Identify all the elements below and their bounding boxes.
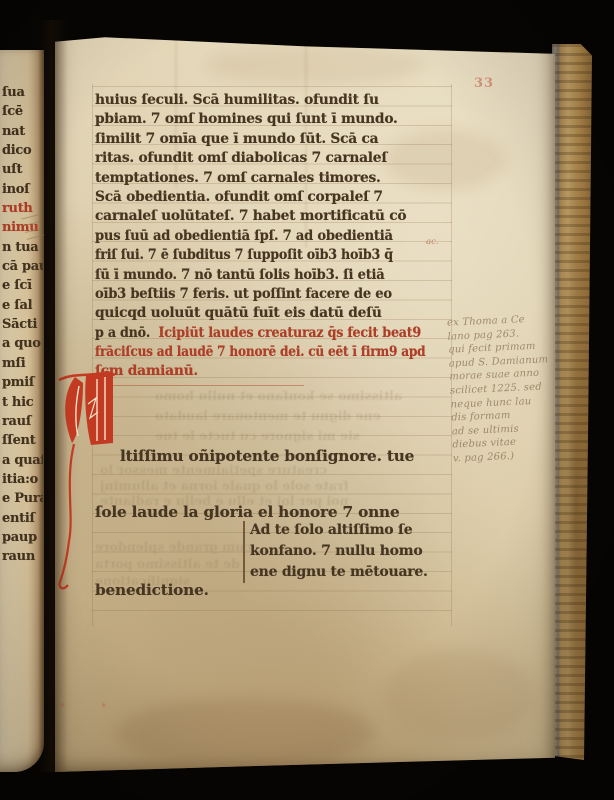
rubric-line: Icipiūt laudes creaturaz q̄s fecit beat9 [158,325,421,341]
facing-page-edge: ſua ſcē nat dico uſt inoſ ruth nimu n tu… [0,50,44,772]
bleedthrough-line: ene dignu te mentouare laudato [155,410,381,423]
margin-mark: ac. [426,237,439,247]
page-fragment-line: ſſent [2,431,43,450]
canticle-inset-line: ene dignu te mētouare. [250,562,428,583]
page-fragment-line: a quo [2,334,43,353]
page-fragment-line: pmiſ [2,373,43,392]
facing-page-text-column: ſua ſcē nat dico uſt inoſ ruth nimu n tu… [2,83,43,567]
page-fragment-line: Sācti [2,315,43,334]
bleedthrough-line: creature spetialmente messor lo [100,464,327,477]
text-line: pus ſuū ad obedientiā ſpſ. 7 ad obedient… [95,227,457,246]
rubric-line: frāciſcus ad laudē 7 honorē dei. cū eēt … [95,343,457,362]
page-fragment-line: e ſal [2,296,43,315]
page-fragment-line: ſcē [2,102,43,121]
parchment-stain [205,45,425,85]
text-line: ritas. ofundit omſ diabolicas 7 carnaleſ [95,149,457,168]
fore-edge [552,44,592,760]
bleedthrough-line: significatione [95,575,190,588]
canticle-inset-block: Ad te ſolo altiſſimo ſe konfano. 7 nullu… [250,520,428,583]
parchment-stain [385,650,535,740]
page-fragment-line: e Pura [2,489,43,508]
page-fragment-line: paup [2,528,43,547]
red-speck [101,702,106,708]
page-fragment-line: entiſ [2,509,43,528]
page-fragment-line: a quaſ [2,451,43,470]
text-line: ſū ī mundo. 7 nō tantū ſolis hoīb3. ſi e… [95,266,457,285]
bleedthrough-line: noi per loi et ellu e bellu e radiante [100,495,349,508]
canticle-inset-line: Ad te ſolo altiſſimo ſe [250,520,428,541]
folio-number: 33 [474,76,494,91]
text-line: pbiam. 7 omſ homines qui ſunt ī mundo. [95,110,457,129]
page-fragment-line: cā pau [2,257,43,276]
text-line: Scā obedientia. ofundit omſ corpaleſ 7 [95,188,457,207]
bleedthrough-line: cum grande splendore [95,541,252,554]
rubric-line: ſcm damianū. [95,362,457,381]
bleedthrough-line: altissimo se konfano et nullu homo [155,390,402,403]
page-fragment-line: inoſ [2,180,43,199]
text-line: carnaleſ uolūtateſ. 7 habet mortificatū … [95,207,457,226]
incipit-prefix: p a dnō. [95,325,150,341]
cursive-margin-note: ex Thoma a Ce lano pag 263. qui fecit pr… [447,311,571,466]
main-page: 33 huius ſeculi. Scā humilitas. ofundit … [55,20,555,772]
page-fragment-line: itia:o [2,470,43,489]
text-line: oīb3 beſtiis 7 feris. ut poſſint facere … [95,285,457,304]
rubric-underline [92,385,304,386]
bleedthrough-line: sie mi signore cu tucte le tue [155,430,360,443]
text-line: quicqd uoluūt quātū fuīt eis datū deſū [95,304,457,323]
page-fragment-line: t hic [2,393,43,412]
text-line: ſimilit 7 omīa que ī mundo ſūt. Scā ca [95,130,457,149]
page-fragment-line: rauſ [2,412,43,431]
page-fragment-line: e ſcī [2,276,43,295]
page-fragment-line: nat [2,122,43,141]
red-speck [60,702,65,708]
manuscript-photo: ſua ſcē nat dico uſt inoſ ruth nimu n tu… [0,0,614,800]
incipit-line: p a dnō. Icipiūt laudes creaturaz q̄s fe… [95,324,457,343]
text-line: friſ ſui. 7 ē ſubditus 7 ſuppoſit oīb3 h… [95,246,457,265]
bleedthrough-line: de te altissimo porta [95,558,240,571]
bleedthrough-line: frate sole lo quale iorna et alluminj [100,480,349,493]
text-block: huius ſeculi. Scā humilitas. ofundit ſu … [95,91,457,382]
page-fragment-line: dico [2,141,43,160]
page-fragment-line: raun [2,547,43,566]
page-fragment-line: mſi [2,354,43,373]
page-fragment-line: uſt [2,160,43,179]
canticle-inset-line: konfano. 7 nullu homo [250,541,428,562]
text-line: temptationes. 7 omſ carnales timores. [95,169,457,188]
text-line: huius ſeculi. Scā humilitas. ofundit ſu [95,91,457,110]
parchment-stain [115,698,375,768]
page-fragment-line: ſua [2,83,43,102]
